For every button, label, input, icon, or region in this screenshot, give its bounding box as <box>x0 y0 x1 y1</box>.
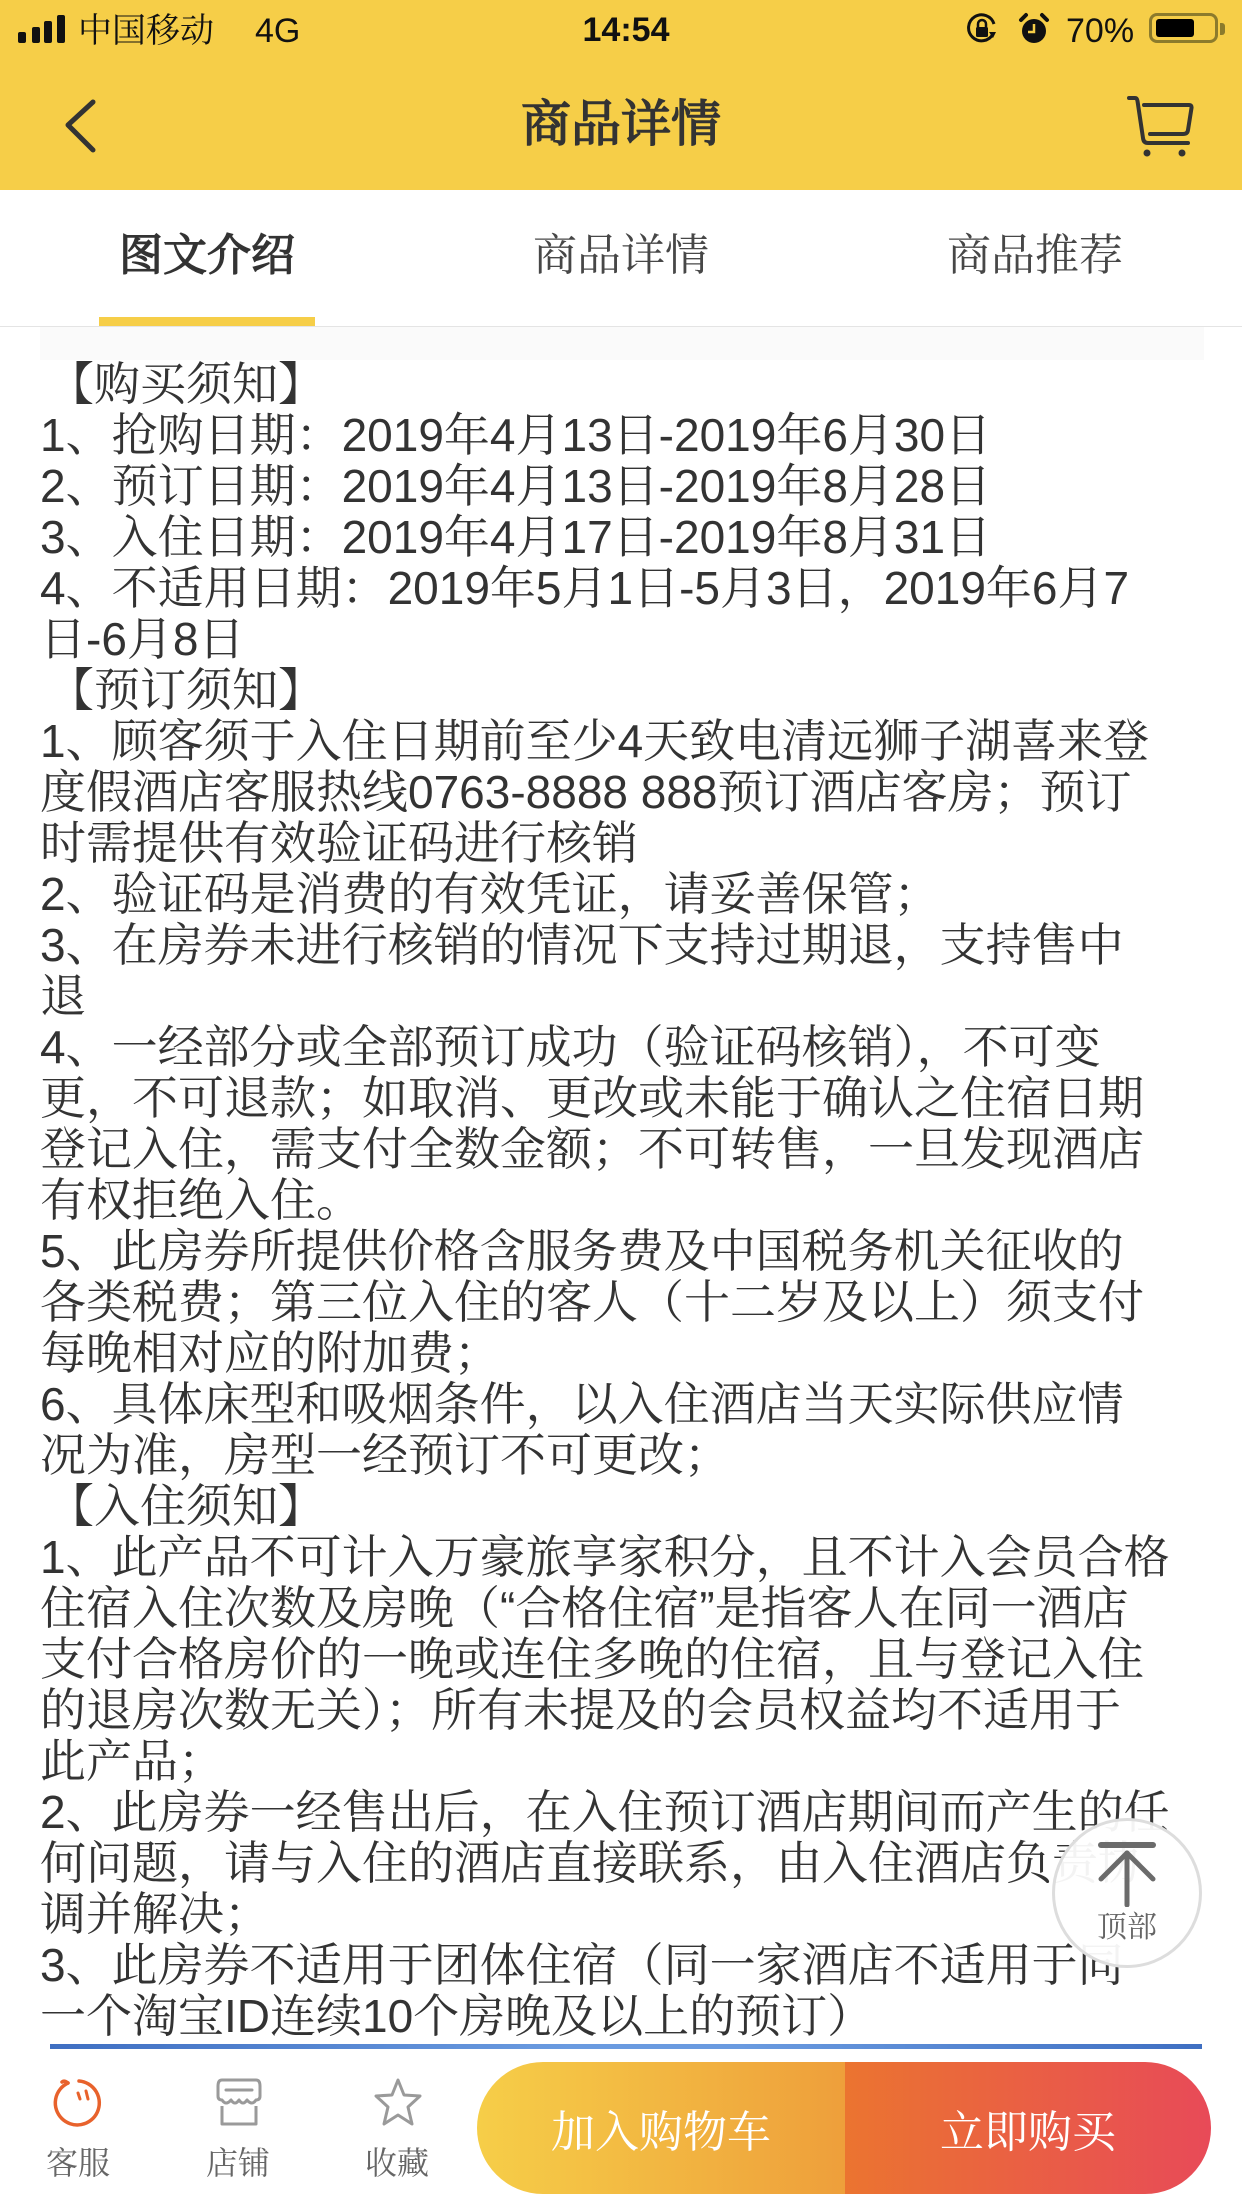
section-heading: 【预订须知】 <box>40 665 1220 716</box>
active-tab-indicator <box>99 317 315 326</box>
purchase-buttons: 加入购物车 立即购买 <box>477 2062 1211 2194</box>
notice-line: 5、此房券所提供价格含服务费及中国税务机关征收的 <box>40 1226 1220 1277</box>
battery-icon <box>1149 13 1218 43</box>
customer-service-button[interactable]: 客服 <box>18 2052 138 2208</box>
notice-line: 支付合格房价的一晚或连住多晚的住宿，且与登记入住 <box>40 1634 1220 1685</box>
notice-line: 更，不可退款；如取消、更改或未能于确认之住宿日期 <box>40 1073 1220 1124</box>
battery-percent: 70% <box>1066 14 1134 48</box>
alarm-icon <box>1017 12 1051 46</box>
notice-line: 3、此房券不适用于团体住宿（同一家酒店不适用于同 <box>40 1940 1220 1991</box>
back-to-top-label: 顶部 <box>1055 1911 1199 1945</box>
back-to-top-button[interactable]: 顶部 <box>1052 1818 1202 1968</box>
favorite-button[interactable]: 收藏 <box>337 2052 457 2208</box>
store-icon <box>212 2076 266 2130</box>
carrier-name: 中国移动 <box>78 14 214 48</box>
notice-line: 日-6月8日 <box>40 614 1220 665</box>
section-heading: 【入住须知】 <box>40 1481 1220 1532</box>
notice-line: 4、不适用日期：2019年5月1日-5月3日，2019年6月7 <box>40 563 1220 614</box>
notice-line: 6、具体床型和吸烟条件，以入住酒店当天实际供应情 <box>40 1379 1220 1430</box>
notice-line: 调并解决； <box>40 1889 1220 1940</box>
favorite-label: 收藏 <box>337 2144 457 2182</box>
notice-line: 此产品； <box>40 1736 1220 1787</box>
content-top-band <box>40 327 1204 360</box>
page-title: 商品详情 <box>0 94 1242 154</box>
store-label: 店铺 <box>178 2144 298 2182</box>
section-checkin-notice: 【入住须知】 1、此产品不可计入万豪旅享家积分，且不计入会员合格 住宿入住次数及… <box>40 1481 1220 2042</box>
notice-line: 时需提供有效验证码进行核销 <box>40 818 1220 869</box>
tab-image-text-intro[interactable]: 图文介绍 <box>0 190 414 326</box>
store-button[interactable]: 店铺 <box>178 2052 298 2208</box>
notice-line: 况为准，房型一经预订不可更改； <box>40 1430 1220 1481</box>
cart-button[interactable] <box>1120 88 1200 164</box>
tab-label: 图文介绍 <box>0 230 414 282</box>
notice-line: 1、顾客须于入住日期前至少4天致电清远狮子湖喜来登 <box>40 716 1220 767</box>
orientation-lock-icon <box>965 12 1001 46</box>
tab-label: 商品推荐 <box>828 230 1242 282</box>
section-purchase-notice: 【购买须知】 1、抢购日期：2019年4月13日-2019年6月30日 2、预订… <box>40 359 1220 665</box>
signal-icon <box>17 14 67 46</box>
notice-line: 登记入住，需支付全数金额；不可转售，一旦发现酒店 <box>40 1124 1220 1175</box>
notice-line: 3、入住日期：2019年4月17日-2019年8月31日 <box>40 512 1220 563</box>
notice-line: 1、抢购日期：2019年4月13日-2019年6月30日 <box>40 410 1220 461</box>
notice-line: 度假酒店客服热线0763-8888 888预订酒店客房；预订 <box>40 767 1220 818</box>
notice-line: 退 <box>40 971 1220 1022</box>
notice-line: 1、此产品不可计入万豪旅享家积分，且不计入会员合格 <box>40 1532 1220 1583</box>
buy-now-button[interactable]: 立即购买 <box>845 2062 1211 2194</box>
status-time: 14:54 <box>571 13 681 47</box>
tab-product-details[interactable]: 商品详情 <box>414 190 828 326</box>
section-heading: 【购买须知】 <box>40 359 1220 410</box>
cart-icon <box>1129 98 1192 157</box>
header-bar: 中国移动 4G 14:54 70% 商品详情 <box>0 0 1242 190</box>
customer-service-label: 客服 <box>18 2144 138 2182</box>
arrow-to-top-icon <box>1093 1839 1161 1907</box>
notice-line: 一个淘宝ID连续10个房晚及以上的预订） <box>40 1991 1220 2042</box>
battery-cap <box>1220 23 1225 35</box>
notice-line: 何问题，请与入住的酒店直接联系，由入住酒店负责协 <box>40 1838 1220 1889</box>
network-type: 4G <box>255 14 300 48</box>
notice-line: 3、在房券未进行核销的情况下支持过期退，支持售中 <box>40 920 1220 971</box>
notice-line: 4、一经部分或全部预订成功（验证码核销），不可变 <box>40 1022 1220 1073</box>
notice-line: 各类税费；第三位入住的客人（十二岁及以上）须支付 <box>40 1277 1220 1328</box>
tab-label: 商品详情 <box>414 230 828 282</box>
star-icon <box>371 2076 425 2130</box>
tab-bar: 图文介绍 商品详情 商品推荐 <box>0 190 1242 327</box>
notice-line: 2、验证码是消费的有效凭证，请妥善保管； <box>40 869 1220 920</box>
content-divider <box>50 2044 1202 2049</box>
notice-line: 每晚相对应的附加费； <box>40 1328 1220 1379</box>
customer-service-icon <box>52 2076 106 2130</box>
notice-line: 2、预订日期：2019年4月13日-2019年8月28日 <box>40 461 1220 512</box>
tab-recommendations[interactable]: 商品推荐 <box>828 190 1242 326</box>
notice-line: 住宿入住次数及房晚（“合格住宿”是指客人在同一酒店 <box>40 1583 1220 1634</box>
section-booking-notice: 【预订须知】 1、顾客须于入住日期前至少4天致电清远狮子湖喜来登 度假酒店客服热… <box>40 665 1220 1481</box>
product-description: 【购买须知】 1、抢购日期：2019年4月13日-2019年6月30日 2、预订… <box>40 359 1220 2043</box>
notice-line: 的退房次数无关）；所有未提及的会员权益均不适用于 <box>40 1685 1220 1736</box>
add-to-cart-button[interactable]: 加入购物车 <box>477 2062 845 2194</box>
notice-line: 有权拒绝入住。 <box>40 1175 1220 1226</box>
notice-line: 2、此房券一经售出后，在入住预订酒店期间而产生的任 <box>40 1787 1220 1838</box>
